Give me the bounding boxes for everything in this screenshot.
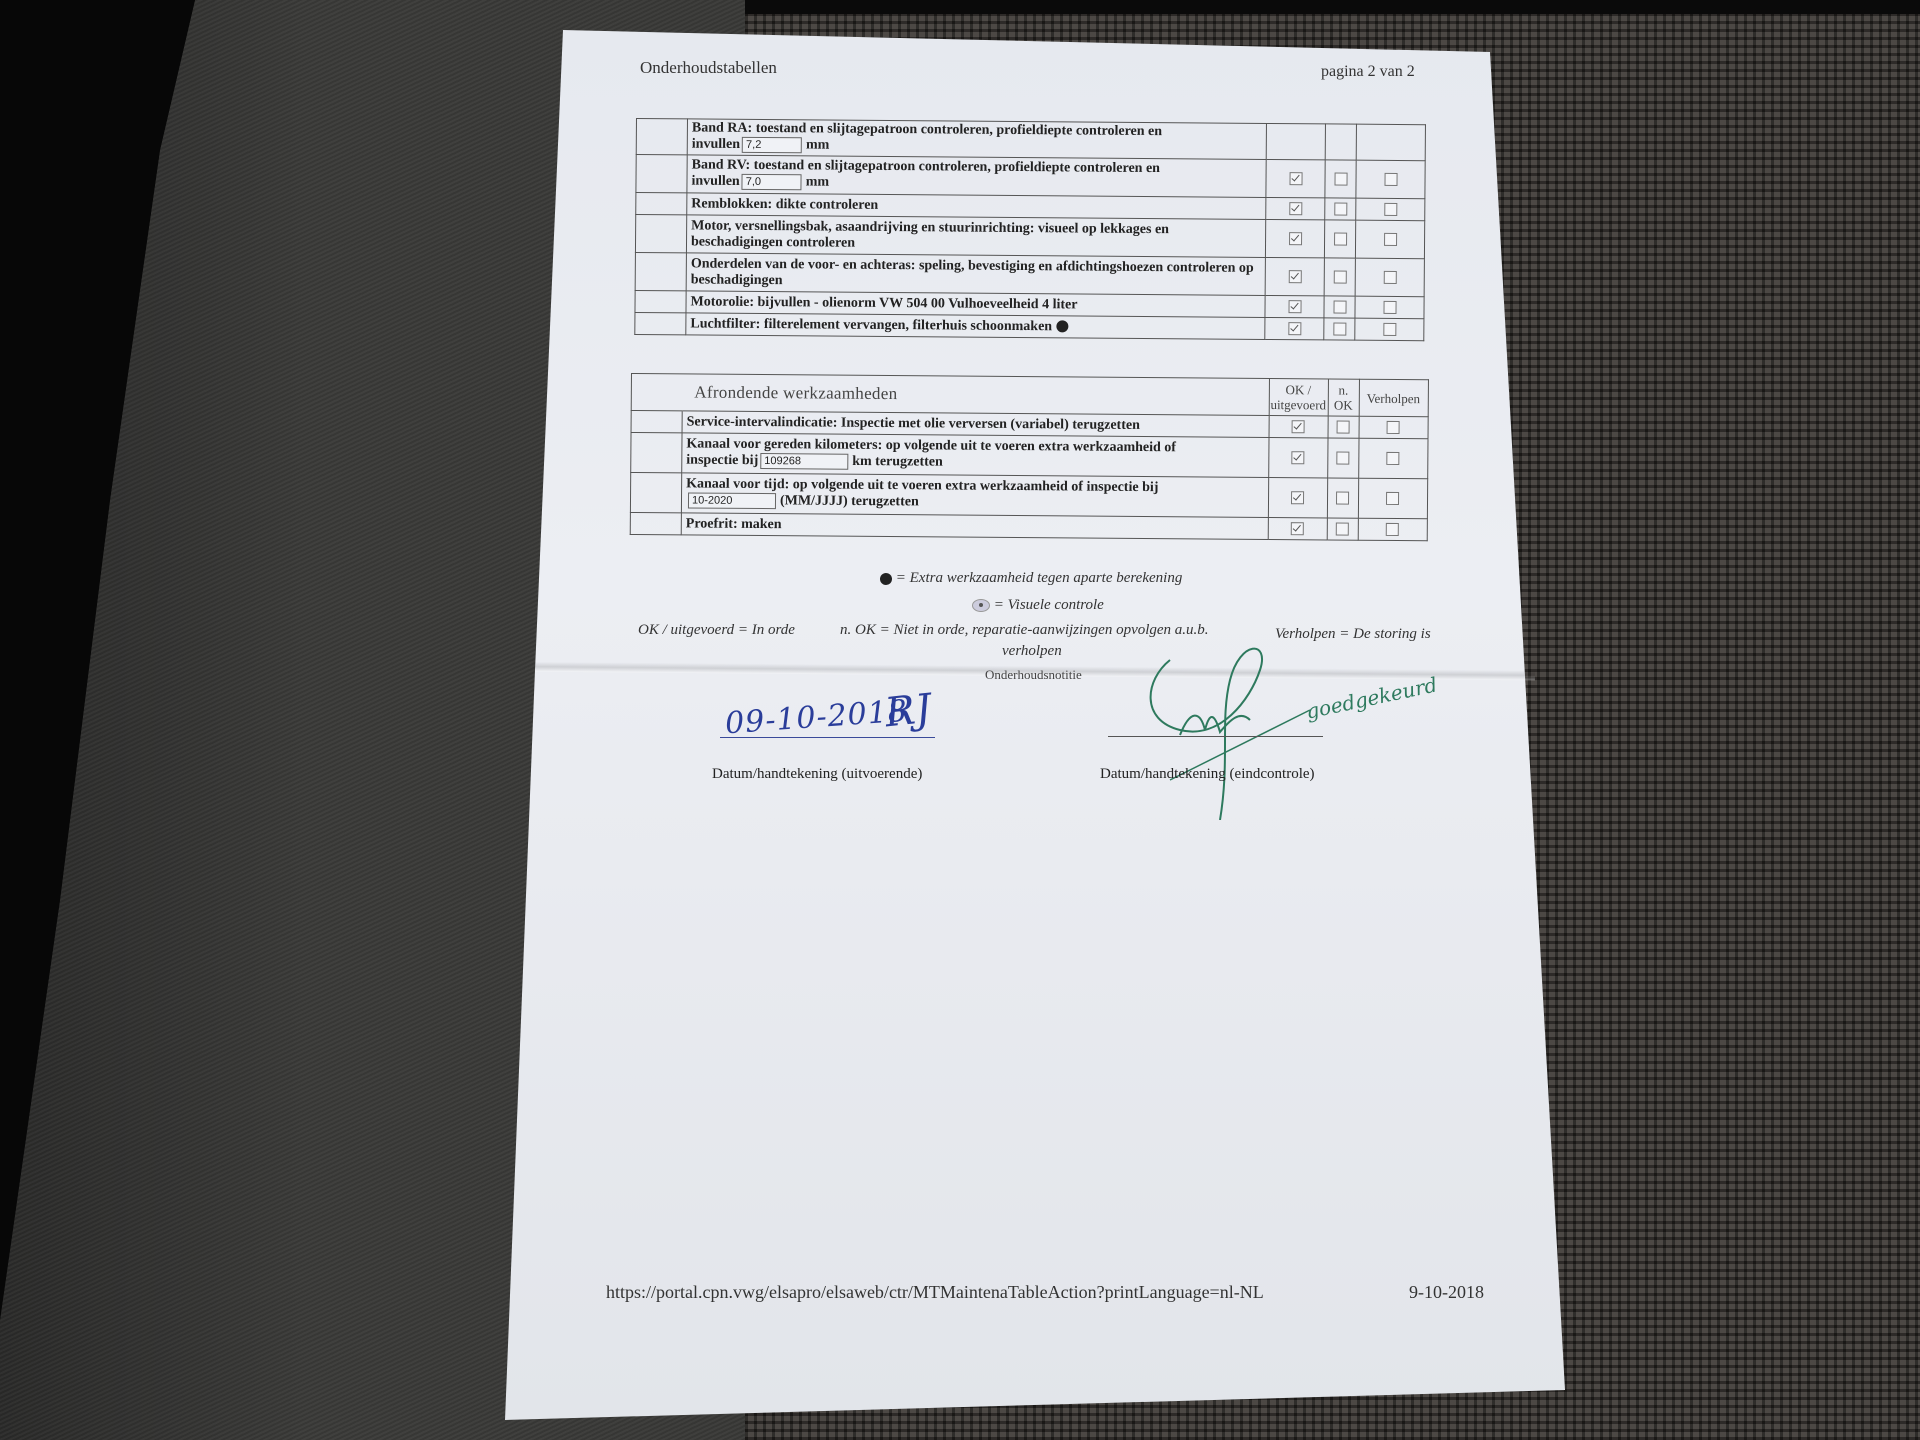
handwritten-initials: RJ [883, 686, 934, 737]
km-reset-field[interactable]: 109268 [760, 453, 848, 470]
green-signature-scribble [1140, 640, 1320, 820]
n-ok-checkbox[interactable] [1336, 491, 1349, 504]
table-row: Kanaal voor gereden kilometers: op volge… [631, 433, 1428, 479]
maintenance-note-label: Onderhoudsnotitie [985, 667, 1082, 683]
table-header-row: Afrondende werkzaamheden OK / uitgevoerd… [631, 374, 1428, 417]
n-ok-checkbox[interactable] [1333, 270, 1346, 283]
legend-extra-work: = Extra werkzaamheid tegen aparte bereke… [876, 570, 1182, 587]
tread-depth-ra-field[interactable]: 7,2 [742, 137, 802, 153]
extra-work-dot-icon [1056, 321, 1068, 333]
verholpen-checkbox[interactable] [1384, 203, 1397, 216]
page-indicator: pagina 2 van 2 [1321, 63, 1415, 81]
n-ok-checkbox[interactable] [1334, 232, 1347, 245]
verholpen-checkbox[interactable] [1384, 173, 1397, 186]
verholpen-checkbox[interactable] [1384, 233, 1397, 246]
inspection-table: Band RA: toestand en slijtagepatroon con… [634, 118, 1426, 341]
row-description: Band RA: toestand en slijtagepatroon con… [687, 119, 1266, 160]
verholpen-checkbox[interactable] [1386, 523, 1399, 536]
signature-line-executor [720, 737, 935, 738]
ok-checkbox[interactable] [1288, 270, 1301, 283]
table-row: Band RV: toestand en slijtagepatroon con… [636, 155, 1425, 199]
ok-checkbox[interactable] [1292, 420, 1305, 433]
legend-visual-check: = Visuele controle [972, 597, 1104, 614]
ok-checkbox[interactable] [1289, 172, 1302, 185]
ok-checkbox[interactable] [1291, 491, 1304, 504]
ok-checkbox[interactable] [1289, 232, 1302, 245]
signature-label-executor: Datum/handtekening (uitvoerende) [712, 766, 922, 783]
table-row: Motor, versnellingsbak, asaandrijving en… [635, 215, 1424, 259]
row-description: Kanaal voor gereden kilometers: op volge… [682, 433, 1269, 478]
print-url: https://portal.cpn.vwg/elsapro/elsaweb/c… [606, 1282, 1264, 1303]
table-row: Band RA: toestand en slijtagepatroon con… [636, 119, 1425, 161]
verholpen-checkbox[interactable] [1386, 452, 1399, 465]
table-row: Kanaal voor tijd: op volgende uit te voe… [630, 473, 1427, 519]
section-title: Afrondende werkzaamheden [682, 374, 1269, 416]
row-description: Luchtfilter: filterelement vervangen, fi… [686, 313, 1265, 340]
row-description: Proefrit: maken [681, 513, 1268, 540]
n-ok-checkbox[interactable] [1337, 420, 1350, 433]
n-ok-checkbox[interactable] [1333, 300, 1346, 313]
verholpen-checkbox[interactable] [1387, 421, 1400, 434]
ok-checkbox[interactable] [1289, 202, 1302, 215]
n-ok-checkbox[interactable] [1336, 522, 1349, 535]
legend-verholpen-continued: verholpen [1002, 643, 1062, 660]
column-header-ok: OK / uitgevoerd [1269, 379, 1328, 416]
verholpen-checkbox[interactable] [1383, 301, 1396, 314]
n-ok-checkbox[interactable] [1333, 322, 1346, 335]
ok-checkbox[interactable] [1288, 322, 1301, 335]
print-date: 9-10-2018 [1409, 1282, 1484, 1303]
row-description: Kanaal voor tijd: op volgende uit te voe… [681, 473, 1268, 518]
ok-checkbox[interactable] [1291, 451, 1304, 464]
n-ok-checkbox[interactable] [1334, 172, 1347, 185]
legend-n-ok: n. OK = Niet in orde, reparatie-aanwijzi… [840, 622, 1209, 639]
table-row: Onderdelen van de voor- en achteras: spe… [635, 252, 1424, 296]
signature-line-final-check [1108, 736, 1323, 737]
date-reset-field[interactable]: 10-2020 [688, 493, 776, 510]
column-header-verholpen: Verholpen [1359, 379, 1428, 417]
column-header-n-ok: n. OK [1328, 379, 1359, 416]
seat-shadow [745, 0, 1920, 14]
verholpen-checkbox[interactable] [1383, 323, 1396, 336]
legend-ok: OK / uitgevoerd = In orde [638, 622, 795, 639]
verholpen-checkbox[interactable] [1386, 492, 1399, 505]
row-description: Motor, versnellingsbak, asaandrijving en… [686, 215, 1265, 258]
ok-checkbox[interactable] [1291, 522, 1304, 535]
eye-icon [972, 599, 990, 612]
document-title: Onderhoudstabellen [640, 58, 777, 78]
tread-depth-rv-field[interactable]: 7,0 [742, 174, 802, 190]
signature-label-final-check: Datum/handtekening (eindcontrole) [1100, 766, 1315, 783]
filled-dot-icon [880, 573, 892, 585]
n-ok-checkbox[interactable] [1336, 451, 1349, 464]
row-description: Onderdelen van de voor- en achteras: spe… [686, 253, 1265, 296]
finishing-table: Afrondende werkzaamheden OK / uitgevoerd… [630, 373, 1429, 541]
row-description: Band RV: toestand en slijtagepatroon con… [687, 155, 1266, 198]
ok-checkbox[interactable] [1288, 300, 1301, 313]
verholpen-checkbox[interactable] [1383, 271, 1396, 284]
n-ok-checkbox[interactable] [1334, 202, 1347, 215]
